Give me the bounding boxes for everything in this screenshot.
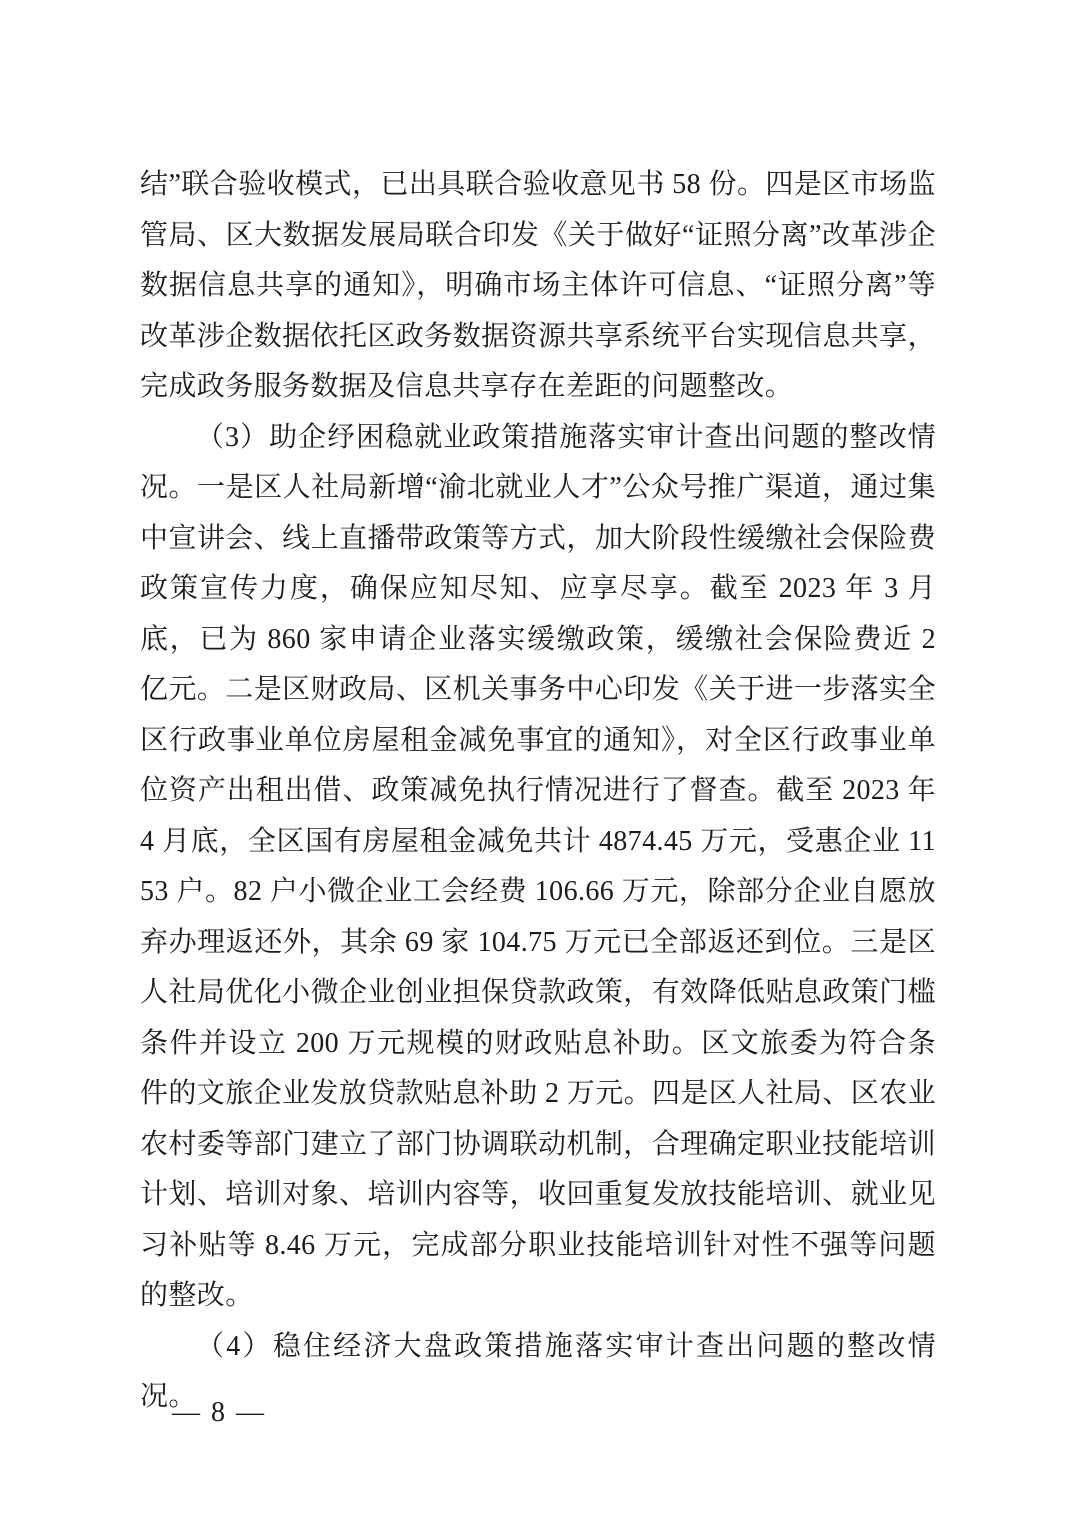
paragraph-continuation: 结”联合验收模式，已出具联合验收意见书 58 份。四是区市场监管局、区大数据发展… — [140, 160, 936, 413]
document-body: 结”联合验收模式，已出具联合验收意见书 58 份。四是区市场监管局、区大数据发展… — [140, 160, 936, 1423]
paragraph-item-3: （3）助企纾困稳就业政策措施落实审计查出问题的整改情况。一是区人社局新增“渝北就… — [140, 413, 936, 1322]
page-number: — 8 — — [172, 1397, 266, 1428]
page-footer: — 8 — — [172, 1396, 266, 1430]
document-page: 结”联合验收模式，已出具联合验收意见书 58 份。四是区市场监管局、区大数据发展… — [0, 0, 1074, 1520]
